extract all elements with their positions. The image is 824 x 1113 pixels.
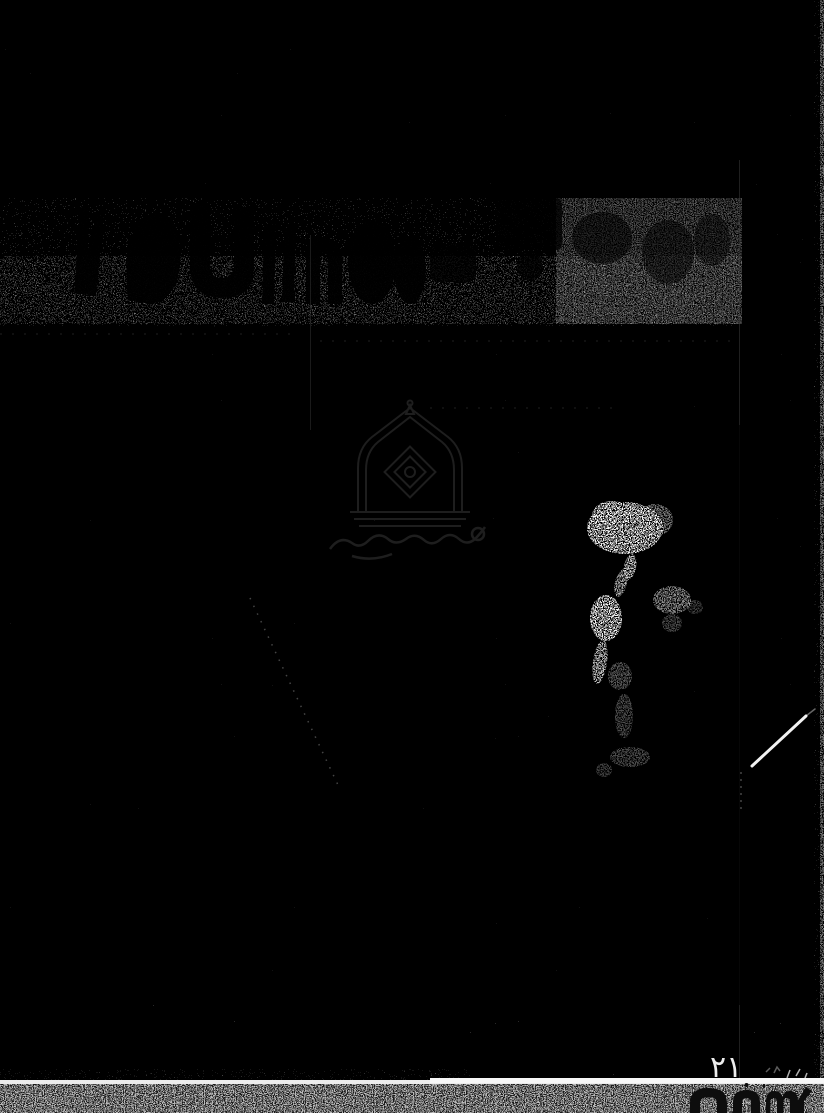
hairline-highlight (592, 501, 632, 529)
ear-specks (687, 600, 703, 614)
cheek-lower-specks (662, 614, 682, 632)
photo-canvas: ٢١ (0, 0, 824, 1113)
cheek-highlight (590, 595, 622, 641)
page-edge-grain (814, 0, 824, 1113)
right-cheek-highlight (653, 586, 691, 614)
collar-specks (610, 747, 650, 767)
footer-separator-bright (430, 1078, 824, 1083)
chin-highlight (608, 662, 632, 690)
collar-specks-2 (596, 763, 612, 777)
scanned-page-photo: ٢١ (0, 0, 824, 1113)
footer-paper-strip (0, 1083, 824, 1113)
headline-band (0, 198, 742, 326)
temple-highlight (637, 504, 673, 536)
neck-highlight (615, 694, 633, 738)
